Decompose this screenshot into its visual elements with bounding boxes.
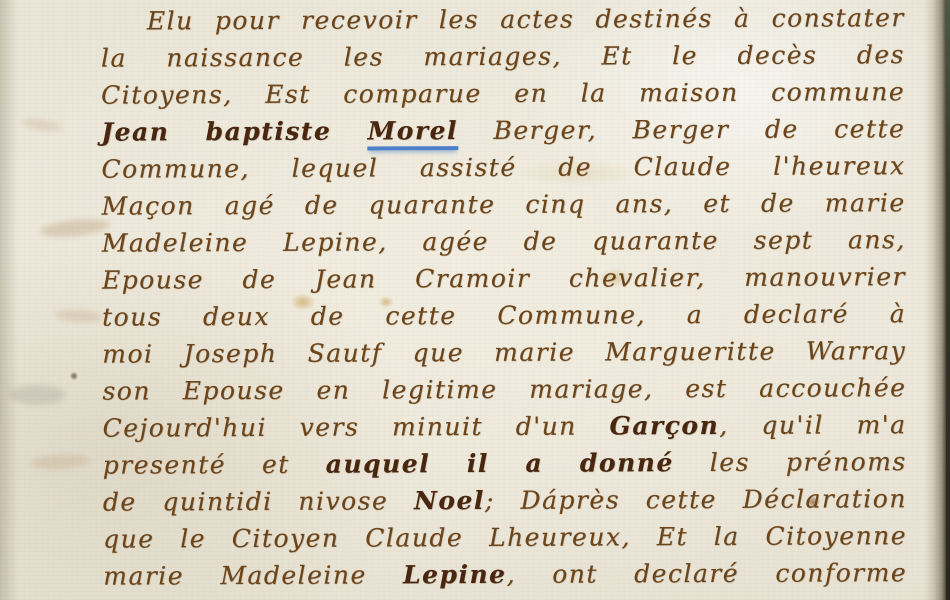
manuscript-line: Cejourd'hui vers minuit d'un Garçon, qu'… — [102, 410, 906, 451]
manuscript-line: Elu pour recevoir les actes destinés à c… — [101, 3, 905, 44]
underlined-name: Morel — [368, 116, 459, 150]
manuscript-word: son Epouse en legitime mariage, est acco… — [102, 373, 906, 406]
manuscript-line: Citoyens, Est comparue en la maison comm… — [101, 77, 905, 118]
manuscript-word: Elu pour recevoir les actes destinés à c… — [147, 3, 905, 35]
manuscript-line: moi Joseph Sautf que marie Margueritte W… — [102, 336, 906, 377]
manuscript-line: tous deux de cette Commune, a declaré à — [102, 299, 906, 340]
manuscript-word: Citoyens, Est comparue en la maison comm… — [101, 77, 905, 110]
manuscript-word: Jean baptiste — [101, 116, 367, 146]
manuscript-word: Madeleine Lepine, agée de quarante sept … — [102, 225, 906, 258]
manuscript-line: marie Madeleine Lepine, ont declaré conf… — [103, 558, 907, 599]
manuscript-word: Garçon — [609, 411, 719, 440]
manuscript-word: la naissance les mariages, Et le decès d… — [101, 40, 905, 73]
manuscript-line: Jean baptiste Morel Berger, Berger de ce… — [101, 114, 905, 155]
manuscript-word: ; Dáprès cette Déclaration — [485, 484, 907, 515]
manuscript-line: Maçon agé de quarante cinq ans, et de ma… — [102, 188, 906, 229]
manuscript-word: Lepine — [403, 560, 507, 589]
manuscript-line: Madeleine Lepine, agée de quarante sept … — [102, 225, 906, 266]
manuscript-word: Epouse de Jean Cramoir chevalier, manouv… — [102, 262, 906, 295]
manuscript-text: Elu pour recevoir les actes destinés à c… — [0, 0, 950, 599]
manuscript-word: Cejourd'hui vers minuit d'un — [102, 411, 609, 442]
manuscript-line: la naissance les mariages, Et le decès d… — [101, 40, 905, 81]
page-left-edge — [0, 0, 18, 600]
manuscript-word: Noel — [414, 486, 485, 515]
manuscript-word: , ont declaré conforme — [506, 558, 907, 589]
manuscript-line: Commune, lequel assisté de Claude l'heur… — [101, 151, 905, 192]
manuscript-word: auquel il a donné — [326, 448, 674, 479]
manuscript-word: de quintidi nivose — [103, 486, 414, 516]
manuscript-word: , qu'il m'a — [719, 410, 906, 440]
manuscript-line: son Epouse en legitime mariage, est acco… — [102, 373, 906, 414]
manuscript-word: que le Citoyen Claude Lheureux, Et la Ci… — [103, 521, 907, 554]
manuscript-word: presenté et — [103, 450, 326, 480]
manuscript-line: Epouse de Jean Cramoir chevalier, manouv… — [102, 262, 906, 303]
manuscript-word: tous deux de cette Commune, a declaré à — [102, 299, 906, 332]
manuscript-word: moi Joseph Sautf que marie Margueritte W… — [102, 336, 906, 369]
manuscript-line: que le Citoyen Claude Lheureux, Et la Ci… — [103, 521, 907, 562]
manuscript-word: Maçon agé de quarante cinq ans, et de ma… — [102, 188, 906, 221]
manuscript-word: Berger, Berger de cette — [458, 114, 905, 145]
manuscript-line: presenté et auquel il a donné les prénom… — [103, 447, 907, 488]
manuscript-word: marie Madeleine — [103, 560, 403, 590]
manuscript-line: de quintidi nivose Noel; Dáprès cette Dé… — [103, 484, 907, 525]
manuscript-word: les prénoms — [674, 447, 907, 477]
manuscript-scan: Elu pour recevoir les actes destinés à c… — [0, 0, 950, 600]
manuscript-word: Commune, lequel assisté de Claude l'heur… — [101, 151, 905, 184]
page-right-edge — [924, 0, 950, 600]
